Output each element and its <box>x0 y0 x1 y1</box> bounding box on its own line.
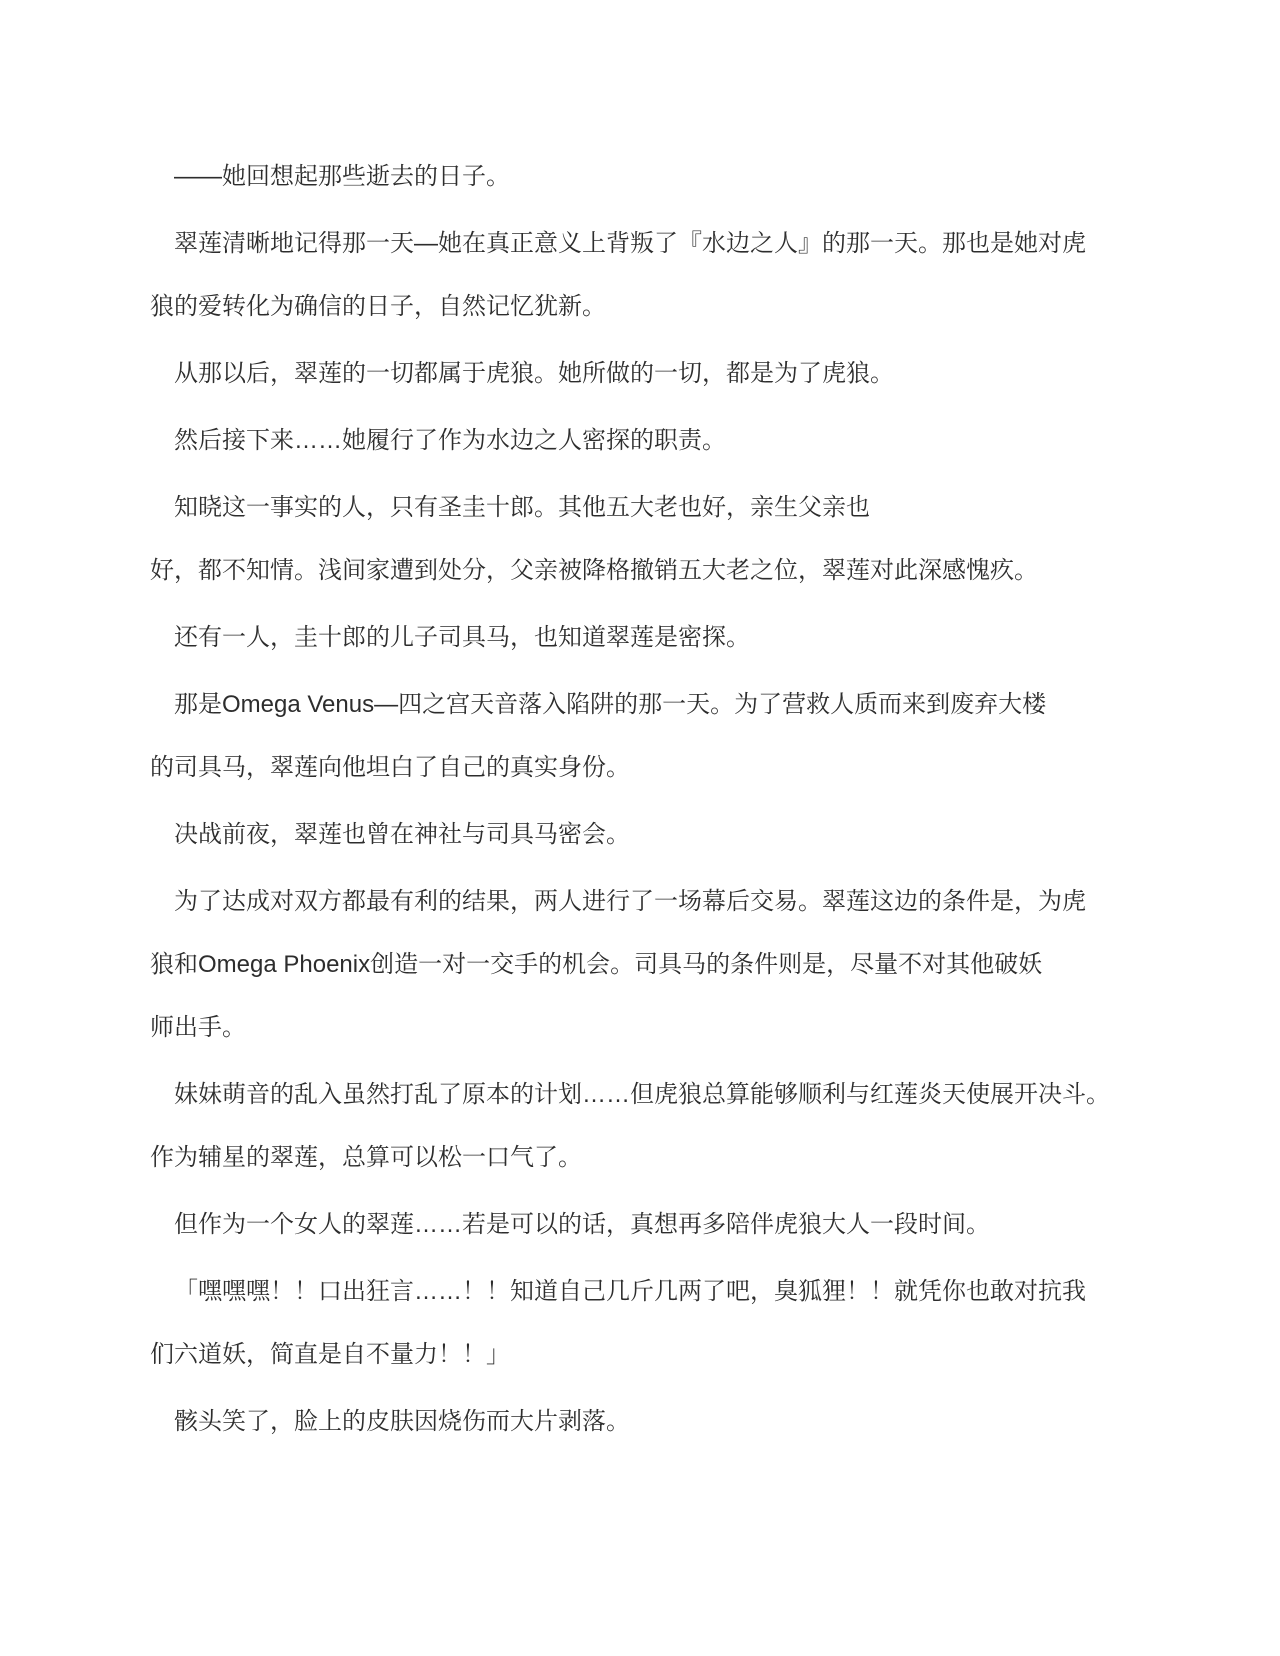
paragraph-line: 作为辅星的翠莲，总算可以松一口气了。 <box>150 1126 1160 1189</box>
paragraph: 但作为一个女人的翠莲……若是可以的话，真想再多陪伴虎狼大人一段时间。 <box>150 1193 1160 1256</box>
paragraph-line-first: 妹妹萌音的乱入虽然打乱了原本的计划……但虎狼总算能够顺利与红莲炎天使展开决斗。 <box>150 1063 1160 1126</box>
paragraph: 从那以后，翠莲的一切都属于虎狼。她所做的一切，都是为了虎狼。 <box>150 342 1160 405</box>
paragraph: 翠莲清晰地记得那一天—她在真正意义上背叛了『水边之人』的那一天。那也是她对虎狼的… <box>150 212 1160 338</box>
paragraph-line-first: 骸头笑了，脸上的皮肤因烧伤而大片剥落。 <box>150 1390 1160 1453</box>
paragraph-line: 狼的爱转化为确信的日子，自然记忆犹新。 <box>150 275 1160 338</box>
paragraph: 妹妹萌音的乱入虽然打乱了原本的计划……但虎狼总算能够顺利与红莲炎天使展开决斗。作… <box>150 1063 1160 1189</box>
paragraph: 为了达成对双方都最有利的结果，两人进行了一场幕后交易。翠莲这边的条件是，为虎狼和… <box>150 870 1160 1059</box>
paragraph-line-first: 「嘿嘿嘿！！口出狂言……！！知道自己几斤几两了吧，臭狐狸！！就凭你也敢对抗我 <box>150 1260 1160 1323</box>
novel-text-content: ——她回想起那些逝去的日子。翠莲清晰地记得那一天—她在真正意义上背叛了『水边之人… <box>150 145 1160 1457</box>
paragraph: 决战前夜，翠莲也曾在神社与司具马密会。 <box>150 803 1160 866</box>
paragraph: 然后接下来……她履行了作为水边之人密探的职责。 <box>150 409 1160 472</box>
paragraph-line-first: 从那以后，翠莲的一切都属于虎狼。她所做的一切，都是为了虎狼。 <box>150 342 1160 405</box>
paragraph: 那是Omega Venus—四之宫天音落入陷阱的那一天。为了营救人质而来到废弃大… <box>150 673 1160 799</box>
paragraph-line: 的司具马，翠莲向他坦白了自己的真实身份。 <box>150 736 1160 799</box>
paragraph-line-first: 为了达成对双方都最有利的结果，两人进行了一场幕后交易。翠莲这边的条件是，为虎 <box>150 870 1160 933</box>
paragraph-line-first: 决战前夜，翠莲也曾在神社与司具马密会。 <box>150 803 1160 866</box>
paragraph-line-first: 还有一人，圭十郎的儿子司具马，也知道翠莲是密探。 <box>150 606 1160 669</box>
paragraph-line: 好，都不知情。浅间家遭到处分，父亲被降格撤销五大老之位，翠莲对此深感愧疚。 <box>150 539 1160 602</box>
paragraph: ——她回想起那些逝去的日子。 <box>150 145 1160 208</box>
paragraph: 骸头笑了，脸上的皮肤因烧伤而大片剥落。 <box>150 1390 1160 1453</box>
paragraph-line-first: ——她回想起那些逝去的日子。 <box>150 145 1160 208</box>
document-page: ——她回想起那些逝去的日子。翠莲清晰地记得那一天—她在真正意义上背叛了『水边之人… <box>0 0 1280 1656</box>
paragraph-line-first: 那是Omega Venus—四之宫天音落入陷阱的那一天。为了营救人质而来到废弃大… <box>150 673 1160 736</box>
paragraph-line-first: 翠莲清晰地记得那一天—她在真正意义上背叛了『水边之人』的那一天。那也是她对虎 <box>150 212 1160 275</box>
paragraph-line-first: 但作为一个女人的翠莲……若是可以的话，真想再多陪伴虎狼大人一段时间。 <box>150 1193 1160 1256</box>
paragraph-line: 狼和Omega Phoenix创造一对一交手的机会。司具马的条件则是，尽量不对其… <box>150 933 1160 996</box>
paragraph-line: 们六道妖，简直是自不量力！！」 <box>150 1323 1160 1386</box>
paragraph-line: 师出手。 <box>150 996 1160 1059</box>
paragraph: 「嘿嘿嘿！！口出狂言……！！知道自己几斤几两了吧，臭狐狸！！就凭你也敢对抗我们六… <box>150 1260 1160 1386</box>
paragraph: 知晓这一事实的人，只有圣圭十郎。其他五大老也好，亲生父亲也好，都不知情。浅间家遭… <box>150 476 1160 602</box>
paragraph-line-first: 然后接下来……她履行了作为水边之人密探的职责。 <box>150 409 1160 472</box>
paragraph: 还有一人，圭十郎的儿子司具马，也知道翠莲是密探。 <box>150 606 1160 669</box>
paragraph-line-first: 知晓这一事实的人，只有圣圭十郎。其他五大老也好，亲生父亲也 <box>150 476 1160 539</box>
